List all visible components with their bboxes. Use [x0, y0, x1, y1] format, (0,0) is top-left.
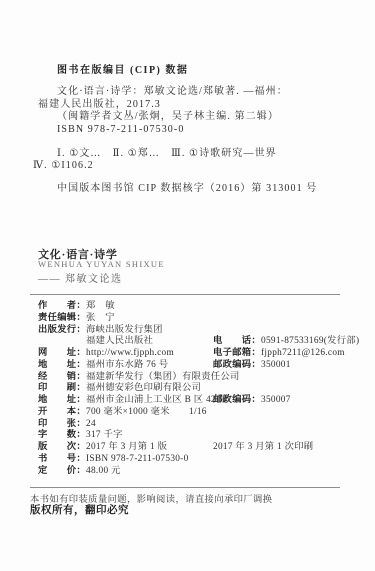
field-label: 作 者： [38, 301, 86, 313]
bibliographic-entry: 文化·语言·诗学：郑敏文论选/郑敏著. —福州： 福建人民出版社，2017.3 … [38, 86, 338, 136]
divider-top [30, 294, 340, 295]
field-label: 邮政编码： [213, 395, 261, 407]
copyright-page: 图书在版编目 (CIP) 数据 文化·语言·诗学：郑敏文论选/郑敏著. —福州：… [0, 0, 375, 571]
field-value: 2017 年 3 月第 1 次印刷 [213, 442, 313, 452]
cip-classification: Ⅰ. ①文… Ⅱ. ①郑… Ⅲ. ①诗歌研究—世界 Ⅳ. ①I106.2 [33, 148, 333, 173]
field-value: 350001 [261, 360, 291, 370]
field-value: 0591-87533169(发行部) [261, 336, 359, 346]
field-label: 责任编辑： [38, 313, 86, 325]
detail-row: 印 张：24 [38, 419, 368, 431]
field-value: 700 毫米×1000 毫米 1/16 [86, 407, 207, 417]
bib-line: （闽籍学者文丛/张炯，吴子林主编. 第二辑） [38, 111, 338, 124]
detail-row: 地 址：福州市东水路 76 号邮政编码：350001 [38, 360, 368, 372]
field-label: 地 址： [38, 395, 86, 407]
field-label: 印 张： [38, 419, 86, 431]
book-title-pinyin: WENHUA YUYAN SHIXUE [38, 259, 165, 269]
copyright-notice: 版权所有，翻印必究 [30, 502, 129, 517]
detail-row: 定 价：48.00 元 [38, 466, 368, 478]
publication-details: 作 者：郑 敏 责任编辑：张 宁 出版发行：海峡出版发行集团 福建人民出版社电 … [38, 301, 368, 477]
classification-line: Ⅳ. ①I106.2 [33, 160, 333, 172]
field-value: 24 [86, 419, 96, 429]
detail-row: 经 销：福建新华发行（集团）有限责任公司 [38, 372, 368, 384]
field-label: 印 刷： [38, 383, 86, 395]
field-value: fjpph7211@126.com [261, 348, 345, 358]
field-label: 邮政编码： [213, 360, 261, 372]
detail-row: 责任编辑：张 宁 [38, 313, 368, 325]
field-label: 网 址： [38, 348, 86, 360]
field-value: ISBN 978-7-211-07530-0 [86, 454, 189, 464]
field-label: 经 销： [38, 372, 86, 384]
field-label: 版 次： [38, 442, 86, 454]
bib-line: ISBN 978-7-211-07530-0 [38, 124, 338, 137]
field-value: 海峡出版发行集团 [86, 325, 163, 335]
detail-row: 作 者：郑 敏 [38, 301, 368, 313]
detail-row: 字 数：317 千字 [38, 430, 368, 442]
field-label: 电 话： [213, 336, 261, 348]
field-value: 48.00 元 [86, 466, 121, 476]
field-label: 出版发行： [38, 325, 86, 337]
detail-row: 印 刷：福州德安彩色印刷有限公司 [38, 383, 368, 395]
detail-row: 开 本：700 毫米×1000 毫米 1/16 [38, 407, 368, 419]
field-label: 定 价： [38, 466, 86, 478]
cip-header: 图书在版编目 (CIP) 数据 [57, 61, 188, 76]
classification-line: Ⅰ. ①文… Ⅱ. ①郑… Ⅲ. ①诗歌研究—世界 [33, 148, 333, 160]
field-value: 福建新华发行（集团）有限责任公司 [86, 372, 240, 382]
detail-row: 网 址：http://www.fjpph.com电子邮箱：fjpph7211@1… [38, 348, 368, 360]
field-label: 电子邮箱： [213, 348, 261, 360]
field-value: 福州市东水路 76 号 [86, 360, 168, 370]
bib-line: 福建人民出版社，2017.3 [38, 99, 338, 112]
field-value: http://www.fjpph.com [86, 348, 174, 358]
field-value: 福建人民出版社 [86, 336, 153, 346]
field-value: 317 千字 [86, 430, 123, 440]
detail-row: 书 号：ISBN 978-7-211-07530-0 [38, 454, 368, 466]
cip-record-number: 中国版本图书馆 CIP 数据核字（2016）第 313001 号 [57, 179, 317, 194]
bib-line: 文化·语言·诗学：郑敏文论选/郑敏著. —福州： [38, 86, 338, 99]
divider-bottom [30, 487, 340, 488]
field-label: 开 本： [38, 407, 86, 419]
field-value: 张 宁 [86, 313, 115, 323]
field-value: 350007 [261, 395, 291, 405]
detail-row: 福建人民出版社电 话：0591-87533169(发行部) [38, 336, 368, 348]
detail-row: 版 次：2017 年 3 月第 1 版2017 年 3 月第 1 次印刷 [38, 442, 368, 454]
field-value: 福州市金山浦上工业区 B 区 42 幢 [86, 395, 228, 405]
field-value: 福州德安彩色印刷有限公司 [86, 383, 201, 393]
detail-row: 地 址：福州市金山浦上工业区 B 区 42 幢邮政编码：350007 [38, 395, 368, 407]
field-label: 书 号： [38, 454, 86, 466]
book-subtitle: —— 郑敏文论选 [38, 270, 123, 285]
field-label: 地 址： [38, 360, 86, 372]
detail-row: 出版发行：海峡出版发行集团 [38, 325, 368, 337]
field-value: 郑 敏 [86, 301, 115, 311]
field-label: 字 数： [38, 430, 86, 442]
field-value: 2017 年 3 月第 1 版 [86, 442, 167, 452]
